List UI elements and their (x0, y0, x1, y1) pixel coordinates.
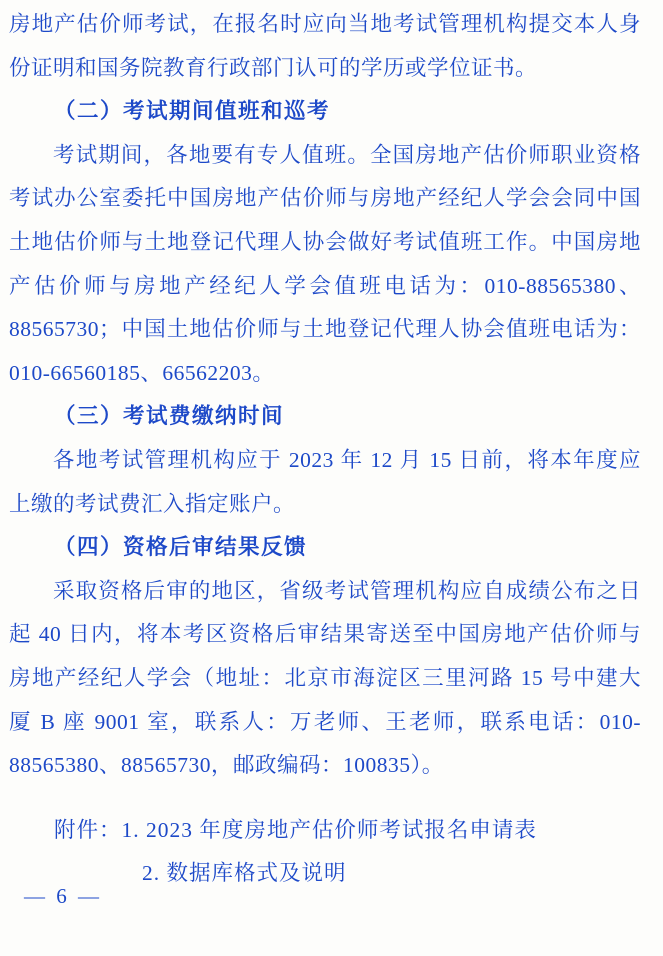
page-number: — 6 — (24, 884, 102, 908)
body-line: 采取资格后审的地区，省级考试管理机构应自成绩公布之日 (9, 570, 641, 614)
document-page: 房地产估价师考试，在报名时应向当地考试管理机构提交本人身 份证明和国务院教育行政… (0, 0, 663, 956)
attachment-line-2: 2. 数据库格式及说明 (9, 852, 641, 896)
body-line: 房地产经纪人学会（地址：北京市海淀区三里河路 15 号中建大 (9, 657, 641, 701)
body-line: 土地估价师与土地登记代理人协会做好考试值班工作。中国房地 (9, 221, 641, 265)
body-line: 考试期间，各地要有专人值班。全国房地产估价师职业资格 (9, 134, 641, 178)
body-line: 88565380、88565730，邮政编码：100835）。 (9, 744, 641, 788)
attachments-block: 附件：1. 2023 年度房地产估价师考试报名申请表 2. 数据库格式及说明 (9, 809, 641, 896)
section-heading-3: （三）考试费缴纳时间 (9, 395, 641, 439)
body-line: 各地考试管理机构应于 2023 年 12 月 15 日前，将本年度应 (9, 439, 641, 483)
body-line: 考试办公室委托中国房地产估价师与房地产经纪人学会会同中国 (9, 177, 641, 221)
body-line: 010-66560185、66562203。 (9, 352, 641, 396)
section-heading-2: （二）考试期间值班和巡考 (9, 90, 641, 134)
body-line: 88565730；中国土地估价师与土地登记代理人协会值班电话为： (9, 308, 641, 352)
body-line: 份证明和国务院教育行政部门认可的学历或学位证书。 (9, 47, 641, 91)
attachment-line-1: 附件：1. 2023 年度房地产估价师考试报名申请表 (9, 809, 641, 853)
body-line: 厦 B 座 9001 室，联系人：万老师、王老师，联系电话：010- (9, 701, 641, 745)
body-line: 房地产估价师考试，在报名时应向当地考试管理机构提交本人身 (9, 3, 641, 47)
section-heading-4: （四）资格后审结果反馈 (9, 526, 641, 570)
body-line: 上缴的考试费汇入指定账户。 (9, 483, 641, 527)
text-column: 房地产估价师考试，在报名时应向当地考试管理机构提交本人身 份证明和国务院教育行政… (9, 3, 641, 896)
body-line: 起 40 日内，将本考区资格后审结果寄送至中国房地产估价师与 (9, 613, 641, 657)
body-line: 产估价师与房地产经纪人学会值班电话为：010-88565380、 (9, 265, 641, 309)
